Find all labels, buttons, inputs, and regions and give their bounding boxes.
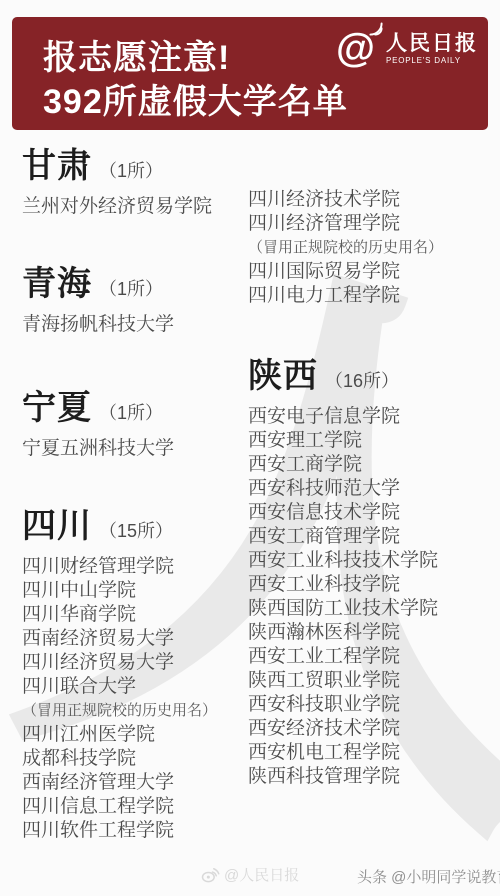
university-name: 西安理工学院 <box>248 429 438 453</box>
university-list: 青海扬帆科技大学 <box>22 313 174 337</box>
title-line-1: 报志愿注意! <box>43 36 348 80</box>
logo-english-name: PEOPLE'S DAILY <box>386 56 478 65</box>
university-name: 西安工业科技学院 <box>248 573 438 597</box>
province-count: （16所） <box>325 367 399 393</box>
university-name: 四川财经管理学院 <box>22 555 217 579</box>
university-name: 陕西科技管理学院 <box>248 765 438 789</box>
province-count: （15所） <box>99 517 173 543</box>
university-name: 西安电子信息学院 <box>248 405 438 429</box>
university-name: 宁夏五洲科技大学 <box>22 437 174 461</box>
province-count: （1所） <box>99 157 163 183</box>
section-shaanxi: 陕西 （16所） 西安电子信息学院西安理工学院西安工商学院西安科技师范大学西安信… <box>248 356 438 789</box>
university-name: 西安信息技术学院 <box>248 501 438 525</box>
university-name: 西安科技师范大学 <box>248 477 438 501</box>
page-title: 报志愿注意! 392所虚假大学名单 <box>43 36 348 124</box>
province-count: （1所） <box>99 399 163 425</box>
section-heading: 宁夏 （1所） <box>22 388 174 428</box>
province-name: 四川 <box>22 506 92 546</box>
university-list: 宁夏五洲科技大学 <box>22 437 174 461</box>
province-name: 甘肃 <box>22 146 92 186</box>
section-sichuan-continued: 四川经济技术学院四川经济管理学院（冒用正规院校的历史用名）四川国际贸易学院四川电… <box>248 188 443 308</box>
university-list: 西安电子信息学院西安理工学院西安工商学院西安科技师范大学西安信息技术学院西安工商… <box>248 405 438 789</box>
university-name: 成都科技学院 <box>22 747 217 771</box>
sound-waves-icon <box>368 21 384 37</box>
university-name: 西安工商管理学院 <box>248 525 438 549</box>
university-name: 四川经济贸易大学 <box>22 651 217 675</box>
university-name: 四川信息工程学院 <box>22 795 217 819</box>
section-heading: 四川 （15所） <box>22 506 217 546</box>
university-name: 四川经济管理学院 <box>248 212 443 236</box>
university-name: 西安工业工程学院 <box>248 645 438 669</box>
usage-note: （冒用正规院校的历史用名） <box>248 236 443 260</box>
logo-chinese-name: 人民日报 <box>386 32 478 55</box>
university-name: 陕西工贸职业学院 <box>248 669 438 693</box>
province-name: 陕西 <box>248 356 318 396</box>
province-count: （1所） <box>99 275 163 301</box>
university-name: 西南经济贸易大学 <box>22 627 217 651</box>
at-icon: @ <box>336 28 381 68</box>
university-name: 西安工商学院 <box>248 453 438 477</box>
university-name: 陕西国防工业技术学院 <box>248 597 438 621</box>
toutiao-credit: 头条 @小明同学说教育 <box>357 866 500 887</box>
university-name: 陕西瀚林医科学院 <box>248 621 438 645</box>
university-list: 兰州对外经济贸易学院 <box>22 195 212 219</box>
university-name: 兰州对外经济贸易学院 <box>22 195 212 219</box>
infographic-page: 报志愿注意! 392所虚假大学名单 @ 人民日报 PEOPLE'S DAILY … <box>0 0 500 896</box>
university-name: 四川江州医学院 <box>22 723 217 747</box>
weibo-icon <box>200 865 220 885</box>
university-name: 四川国际贸易学院 <box>248 260 443 284</box>
university-name: 西安机电工程学院 <box>248 741 438 765</box>
university-name: 西安经济技术学院 <box>248 717 438 741</box>
section-qinghai: 青海 （1所） 青海扬帆科技大学 <box>22 264 174 337</box>
university-name: 四川电力工程学院 <box>248 284 443 308</box>
section-heading: 甘肃 （1所） <box>22 146 212 186</box>
usage-note: （冒用正规院校的历史用名） <box>22 699 217 723</box>
university-name: 西安工业科技技术学院 <box>248 549 438 573</box>
university-name: 四川中山学院 <box>22 579 217 603</box>
university-list: 四川经济技术学院四川经济管理学院（冒用正规院校的历史用名）四川国际贸易学院四川电… <box>248 188 443 308</box>
university-name: 青海扬帆科技大学 <box>22 313 174 337</box>
section-heading: 陕西 （16所） <box>248 356 438 396</box>
university-name: 四川联合大学 <box>22 675 217 699</box>
weibo-watermark-text: @人民日报 <box>224 864 299 885</box>
section-gansu: 甘肃 （1所） 兰州对外经济贸易学院 <box>22 146 212 219</box>
university-name: 西安科技职业学院 <box>248 693 438 717</box>
section-ningxia: 宁夏 （1所） 宁夏五洲科技大学 <box>22 388 174 461</box>
province-name: 青海 <box>22 264 92 304</box>
province-name: 宁夏 <box>22 388 92 428</box>
section-heading: 青海 （1所） <box>22 264 174 304</box>
university-name: 四川软件工程学院 <box>22 819 217 843</box>
university-name: 四川经济技术学院 <box>248 188 443 212</box>
university-name: 四川华商学院 <box>22 603 217 627</box>
university-name: 西南经济管理大学 <box>22 771 217 795</box>
weibo-watermark: @人民日报 <box>200 864 299 885</box>
header-banner: 报志愿注意! 392所虚假大学名单 @ 人民日报 PEOPLE'S DAILY <box>12 17 488 130</box>
section-sichuan: 四川 （15所） 四川财经管理学院四川中山学院四川华商学院西南经济贸易大学四川经… <box>22 506 217 843</box>
title-line-2: 392所虚假大学名单 <box>43 80 348 124</box>
university-list: 四川财经管理学院四川中山学院四川华商学院西南经济贸易大学四川经济贸易大学四川联合… <box>22 555 217 843</box>
peoples-daily-logo: @ 人民日报 PEOPLE'S DAILY <box>336 28 478 68</box>
